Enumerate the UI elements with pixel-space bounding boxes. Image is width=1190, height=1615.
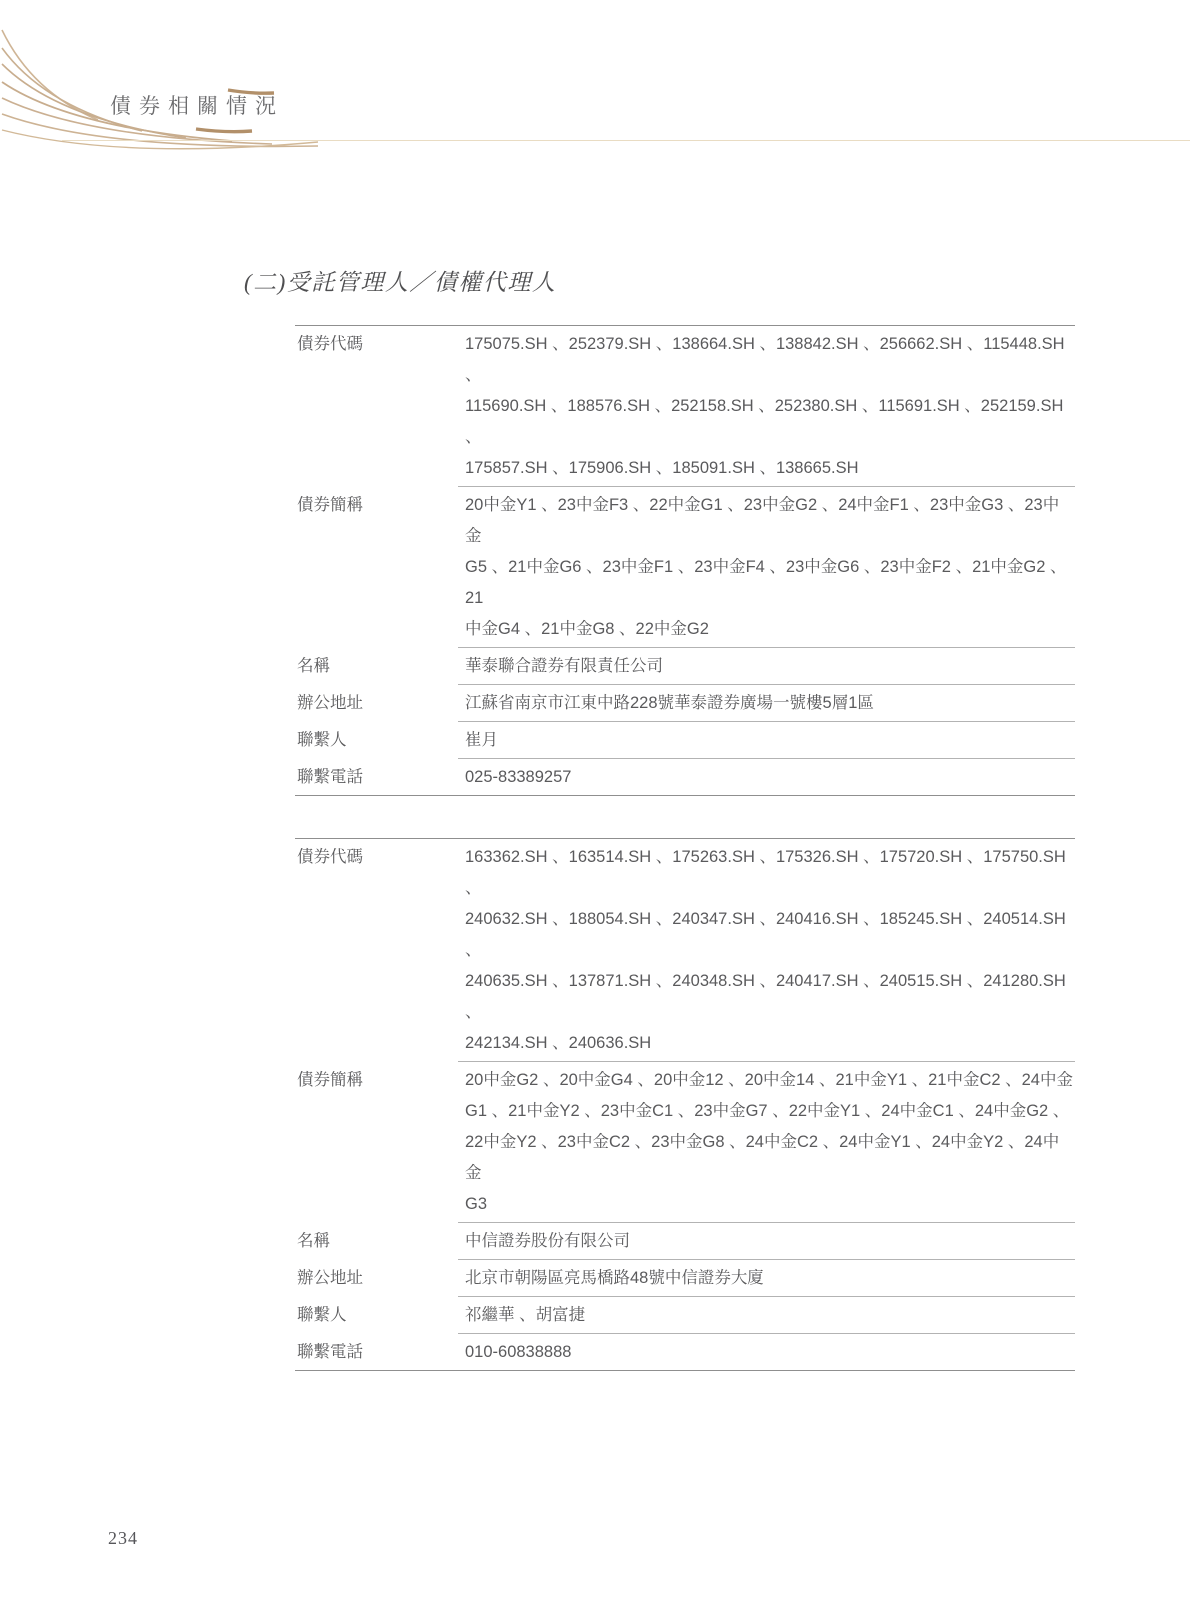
table-row: 債券代碼 163362.SH 、163514.SH 、175263.SH 、17…	[295, 839, 1075, 1062]
row-label: 聯繫人	[295, 1297, 458, 1334]
table-row: 債券簡稱 20中金G2 、20中金G4 、20中金12 、20中金14 、21中…	[295, 1062, 1075, 1223]
bond-codes-value: 175075.SH 、252379.SH 、138664.SH 、138842.…	[458, 326, 1075, 487]
row-label: 名稱	[295, 648, 458, 685]
table-row: 聯繫電話 010-60838888	[295, 1334, 1075, 1370]
wave-ornament-icon	[0, 0, 320, 170]
document-page: 債券相關情況 (二)受託管理人／債權代理人 債券代碼 175075.SH 、25…	[0, 0, 1190, 1615]
contact-phone-value: 025-83389257	[458, 759, 1075, 795]
section-title: (二)受託管理人／債權代理人	[244, 264, 556, 297]
company-name-value: 中信證券股份有限公司	[458, 1223, 1075, 1260]
row-label: 債券代碼	[295, 839, 458, 1062]
row-label: 債券簡稱	[295, 1062, 458, 1223]
office-address-value: 江蘇省南京市江東中路228號華泰證券廣場一號樓5層1區	[458, 685, 1075, 722]
bond-abbreviations-value: 20中金Y1 、23中金F3 、22中金G1 、23中金G2 、24中金F1 、…	[458, 487, 1075, 648]
contact-phone-value: 010-60838888	[458, 1334, 1075, 1370]
company-name-value: 華泰聯合證券有限責任公司	[458, 648, 1075, 685]
table-row: 聯繫人 祁繼華 、胡富捷	[295, 1297, 1075, 1334]
trustee-table-2: 債券代碼 163362.SH 、163514.SH 、175263.SH 、17…	[295, 838, 1075, 1371]
table-row: 聯繫人 崔月	[295, 722, 1075, 759]
row-label: 債券簡稱	[295, 487, 458, 648]
row-label: 債券代碼	[295, 326, 458, 487]
table-row: 名稱 中信證券股份有限公司	[295, 1223, 1075, 1260]
bond-abbreviations-value: 20中金G2 、20中金G4 、20中金12 、20中金14 、21中金Y1 、…	[458, 1062, 1075, 1223]
contact-person-value: 崔月	[458, 722, 1075, 759]
row-label: 聯繫電話	[295, 759, 458, 795]
table-row: 辦公地址 江蘇省南京市江東中路228號華泰證券廣場一號樓5層1區	[295, 685, 1075, 722]
running-header-title: 債券相關情況	[110, 90, 284, 120]
row-label: 名稱	[295, 1223, 458, 1260]
tables-area: 債券代碼 175075.SH 、252379.SH 、138664.SH 、13…	[295, 325, 1075, 1371]
contact-person-value: 祁繼華 、胡富捷	[458, 1297, 1075, 1334]
table-row: 債券簡稱 20中金Y1 、23中金F3 、22中金G1 、23中金G2 、24中…	[295, 487, 1075, 648]
table-row: 辦公地址 北京市朝陽區亮馬橋路48號中信證券大廈	[295, 1260, 1075, 1297]
row-label: 辦公地址	[295, 685, 458, 722]
trustee-table-1: 債券代碼 175075.SH 、252379.SH 、138664.SH 、13…	[295, 325, 1075, 796]
table-row: 債券代碼 175075.SH 、252379.SH 、138664.SH 、13…	[295, 326, 1075, 487]
row-label: 聯繫電話	[295, 1334, 458, 1370]
page-number: 234	[108, 1528, 138, 1549]
table-row: 名稱 華泰聯合證券有限責任公司	[295, 648, 1075, 685]
row-label: 聯繫人	[295, 722, 458, 759]
table-row: 聯繫電話 025-83389257	[295, 759, 1075, 795]
bond-codes-value: 163362.SH 、163514.SH 、175263.SH 、175326.…	[458, 839, 1075, 1062]
office-address-value: 北京市朝陽區亮馬橋路48號中信證券大廈	[458, 1260, 1075, 1297]
row-label: 辦公地址	[295, 1260, 458, 1297]
header-divider	[62, 140, 1190, 141]
